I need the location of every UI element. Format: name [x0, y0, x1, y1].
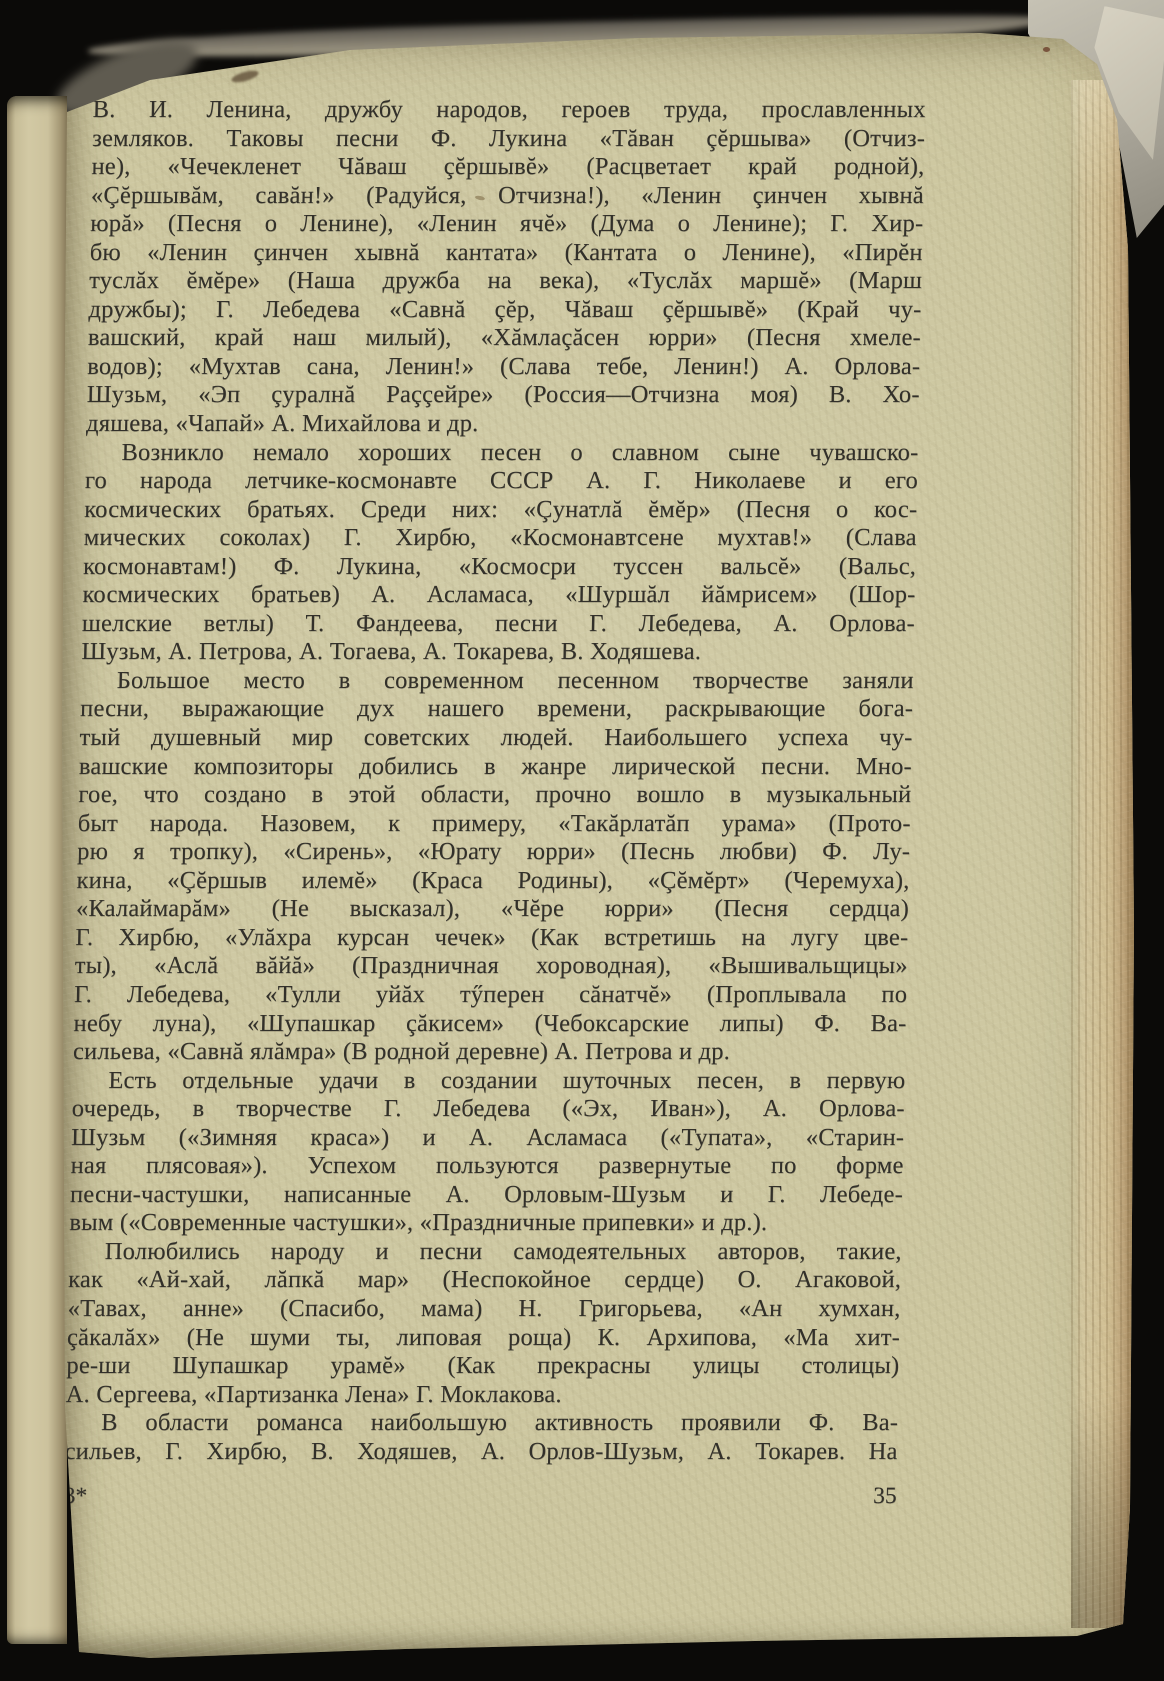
text-line: рю я тропку), «Сирень», «Юрату юрри» (Пе… — [77, 838, 911, 867]
text-line: юрă» (Песня о Ленине), «Ленин ячĕ» (Дума… — [90, 210, 924, 239]
text-line: космических братьев) А. Асламаса, «Шуршă… — [82, 581, 916, 610]
text-line: вым («Современные частушки», «Праздничны… — [69, 1209, 903, 1238]
text-line: шелские ветлы) Т. Фандеева, песни Г. Леб… — [82, 610, 916, 639]
text-line: Шузьм, «Эп çуралнă Раççейре» (Россия—Отч… — [86, 381, 920, 410]
text-line: космонавтам!) Ф. Лукина, «Космосри туссе… — [83, 553, 917, 582]
text-line: Есть отдельные удачи в создании шуточных… — [72, 1067, 906, 1096]
ink-smudge — [230, 68, 259, 84]
text-line: космических братьях. Среди них: «Çунатлă… — [84, 496, 918, 525]
text-line: не), «Чечекленет Чăваш çĕршывĕ» (Расцвет… — [91, 153, 925, 182]
text-line: ре-ши Шупашкар урамĕ» (Как прекрасны ули… — [66, 1352, 900, 1381]
text-line: водов); «Мухтав сана, Ленин!» (Слава теб… — [87, 353, 921, 382]
paper-speck — [1043, 47, 1050, 52]
text-line: кина, «Çĕршыв илемĕ» (Краса Родины), «Çĕ… — [76, 867, 910, 896]
page-number: 35 — [873, 1483, 897, 1510]
text-line: сильева, «Савнă ялăмра» (В родной деревн… — [73, 1038, 907, 1067]
book-page: В. И. Ленина, дружбу народов, героев тру… — [55, 28, 1140, 1662]
text-line: земляков. Таковы песни Ф. Лукина «Тăван … — [92, 125, 926, 154]
text-line: ная плясовая»). Успехом пользуются разве… — [70, 1152, 904, 1181]
text-line: мических соколах) Г. Хирбю, «Космонавтсе… — [83, 524, 917, 553]
text-line: дяшева, «Чапай» А. Михайлова и др. — [86, 410, 920, 439]
text-line: А. Сергеева, «Партизанка Лена» Г. Моклак… — [65, 1381, 899, 1410]
text-line: Шузьм, А. Петрова, А. Тогаева, А. Токаре… — [81, 638, 915, 667]
text-line: очередь, в творчестве Г. Лебедева («Эх, … — [71, 1095, 905, 1124]
book-scan: В. И. Ленина, дружбу народов, героев тру… — [0, 0, 1164, 1681]
facing-page-edge — [7, 96, 67, 1644]
text-line: вашский, край наш милый), «Хăмлаçăсен юр… — [88, 324, 922, 353]
text-line: как «Ай-хай, лăпкă мар» (Неспокойное сер… — [68, 1266, 902, 1295]
text-line: сильев, Г. Хирбю, В. Ходяшев, А. Орлов-Ш… — [64, 1438, 898, 1467]
text-line: Г. Хирбю, «Улăхра курсан чечек» (Как вст… — [75, 924, 909, 953]
text-line: песни-частушки, написанные А. Орловым-Шу… — [70, 1181, 904, 1210]
text-line: тый душевный мир советских людей. Наибол… — [79, 724, 913, 753]
text-line: В области романса наибольшую активность … — [65, 1409, 899, 1438]
text-line: Г. Лебедева, «Тулли уйăх тӳперен сăнатчĕ… — [74, 981, 908, 1010]
text-line: çăкалăх» (Не шуми ты, липовая роща) К. А… — [67, 1324, 901, 1353]
text-block: В. И. Ленина, дружбу народов, героев тру… — [63, 96, 926, 1510]
text-line: дружбы); Г. Лебедева «Савнă çĕр, Чăваш ç… — [88, 296, 922, 325]
text-line: песни, выражающие дух нашего времени, ра… — [80, 695, 914, 724]
text-line: небу луна), «Шупашкар çăкисем» (Чебоксар… — [73, 1010, 907, 1039]
text-line: Большое место в современном песенном тво… — [80, 667, 914, 696]
text-line: Шузьм («Зимняя краса») и А. Асламаса («Т… — [71, 1124, 905, 1153]
text-line: бю «Ленин çинчен хывнă кантата» (Кантата… — [89, 239, 923, 268]
text-line: В. И. Ленина, дружбу народов, героев тру… — [92, 96, 926, 125]
text-line: «Çĕршывăм, савăн!» (Радуйся, Отчизна!), … — [91, 182, 925, 211]
page-footer: 3* 35 — [63, 1483, 897, 1510]
text-line: ты), «Аслă вăйă» (Праздничная хороводная… — [74, 952, 908, 981]
text-line: туслăх ĕмĕре» (Наша дружба на века), «Ту… — [89, 267, 923, 296]
text-line: быт народа. Назовем, к примеру, «Такăрла… — [77, 810, 911, 839]
text-line: Полюбились народу и песни самодеятельных… — [68, 1238, 902, 1267]
text-line: Возникло немало хороших песен о славном … — [85, 439, 919, 468]
text-line: вашские композиторы добились в жанре лир… — [79, 753, 913, 782]
text-line: гое, что создано в этой области, прочно … — [78, 781, 912, 810]
page-edge-stack-shade — [1071, 80, 1137, 1628]
text-line: го народа летчике-космонавте СССР А. Г. … — [85, 467, 919, 496]
text-line: «Калаймарăм» (Не высказал), «Чĕре юрри» … — [76, 895, 910, 924]
text-line: «Тавах, анне» (Спасибо, мама) Н. Григорь… — [67, 1295, 901, 1324]
